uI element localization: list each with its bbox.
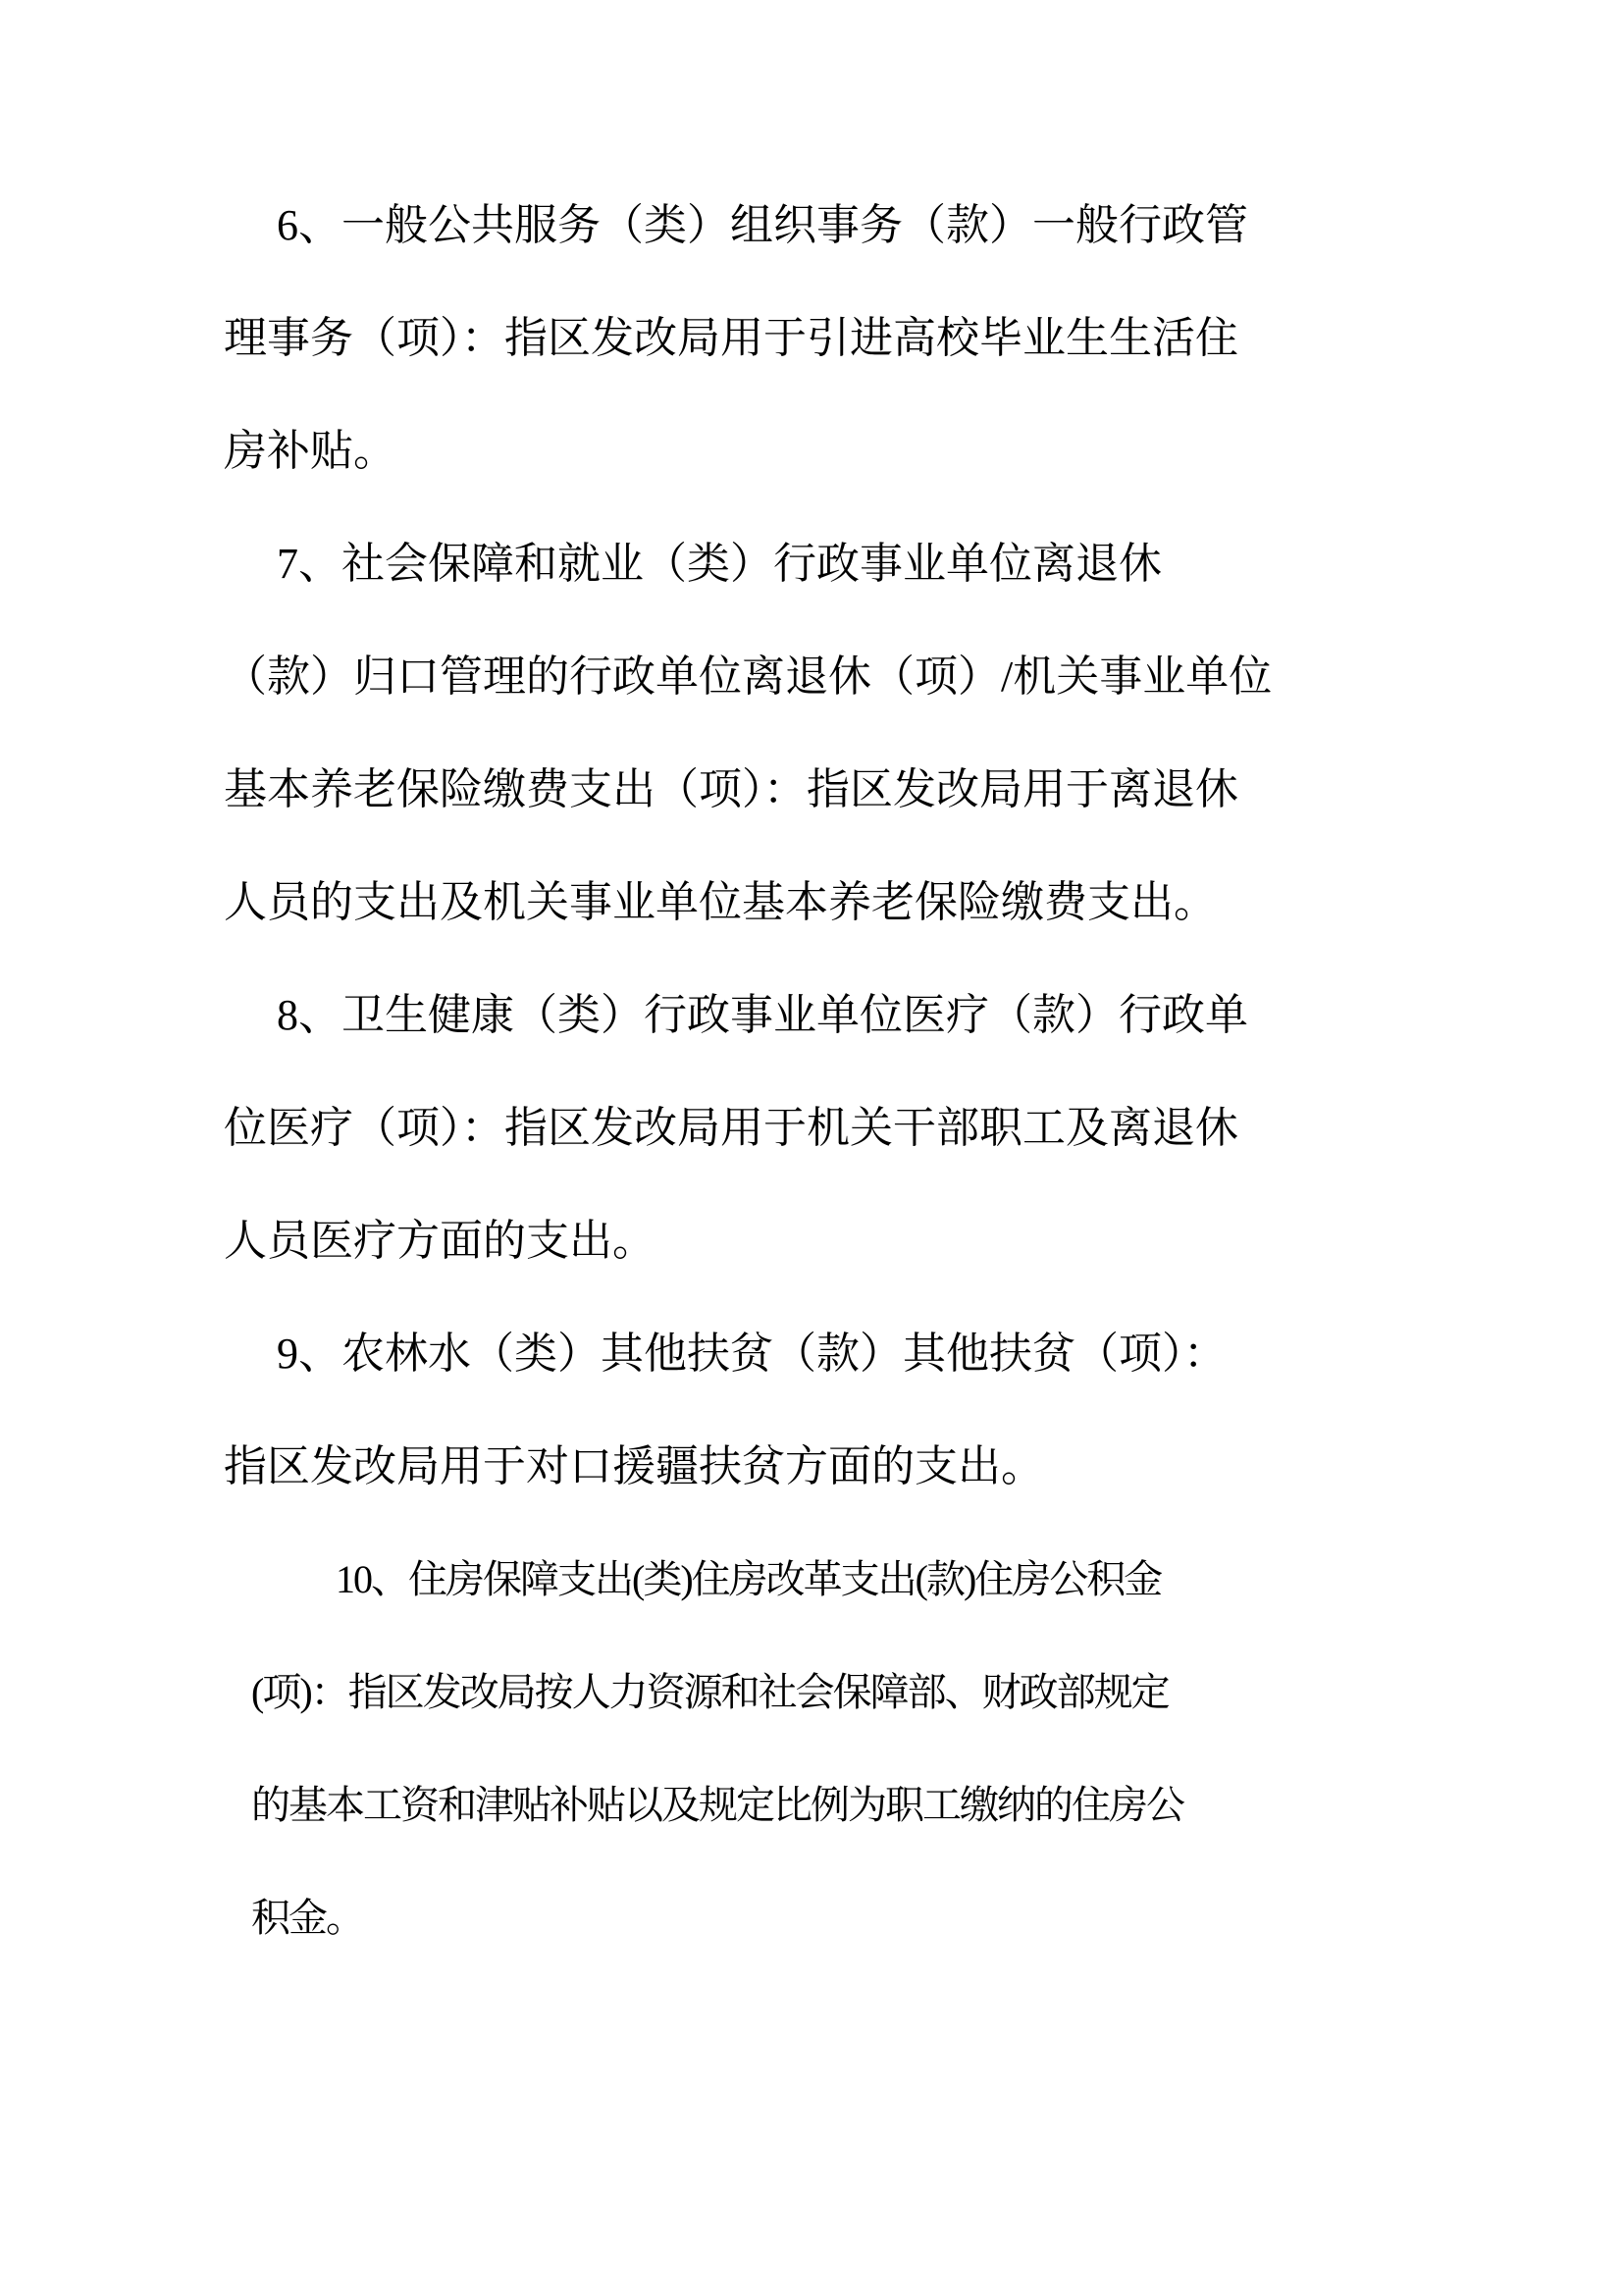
text-line: （款）归口管理的行政单位离退休（项）/机关事业单位 [224,620,1266,733]
document-text-block: 6、一般公共服务（类）组织事务（款）一般行政管 理事务（项）：指区发改局用于引进… [224,169,1266,1974]
text-line: 9、农林水（类）其他扶贫（款）其他扶贫（项）： [224,1297,1266,1410]
paragraph-6: 6、一般公共服务（类）组织事务（款）一般行政管 理事务（项）：指区发改局用于引进… [224,169,1266,507]
text-line: 10、住房保障支出(类)住房改革支出(款)住房公积金 [224,1523,1266,1636]
text-line: 7、社会保障和就业（类）行政事业单位离退休 [224,507,1266,620]
text-line: 人员医疗方面的支出。 [224,1184,1266,1297]
text-line: 的基本工资和津贴补贴以及规定比例为职工缴纳的住房公 [224,1748,1266,1861]
paragraph-7: 7、社会保障和就业（类）行政事业单位离退休 （款）归口管理的行政单位离退休（项）… [224,507,1266,959]
paragraph-8: 8、卫生健康（类）行政事业单位医疗（款）行政单 位医疗（项）：指区发改局用于机关… [224,959,1266,1297]
text-line: 理事务（项）：指区发改局用于引进高校毕业生生活住 [224,282,1266,394]
text-line: (项)：指区发改局按人力资源和社会保障部、财政部规定 [224,1636,1266,1748]
text-line: 6、一般公共服务（类）组织事务（款）一般行政管 [224,169,1266,282]
paragraph-10: 10、住房保障支出(类)住房改革支出(款)住房公积金 (项)：指区发改局按人力资… [224,1523,1266,1974]
paragraph-9: 9、农林水（类）其他扶贫（款）其他扶贫（项）： 指区发改局用于对口援疆扶贫方面的… [224,1297,1266,1523]
document-page: 6、一般公共服务（类）组织事务（款）一般行政管 理事务（项）：指区发改局用于引进… [0,0,1624,2296]
text-line: 人员的支出及机关事业单位基本养老保险缴费支出。 [224,846,1266,959]
text-line: 积金。 [224,1861,1266,1974]
text-line: 位医疗（项）：指区发改局用于机关干部职工及离退休 [224,1071,1266,1184]
text-line: 房补贴。 [224,394,1266,507]
text-line: 指区发改局用于对口援疆扶贫方面的支出。 [224,1410,1266,1523]
text-line: 8、卫生健康（类）行政事业单位医疗（款）行政单 [224,959,1266,1071]
text-line: 基本养老保险缴费支出（项）：指区发改局用于离退休 [224,733,1266,846]
